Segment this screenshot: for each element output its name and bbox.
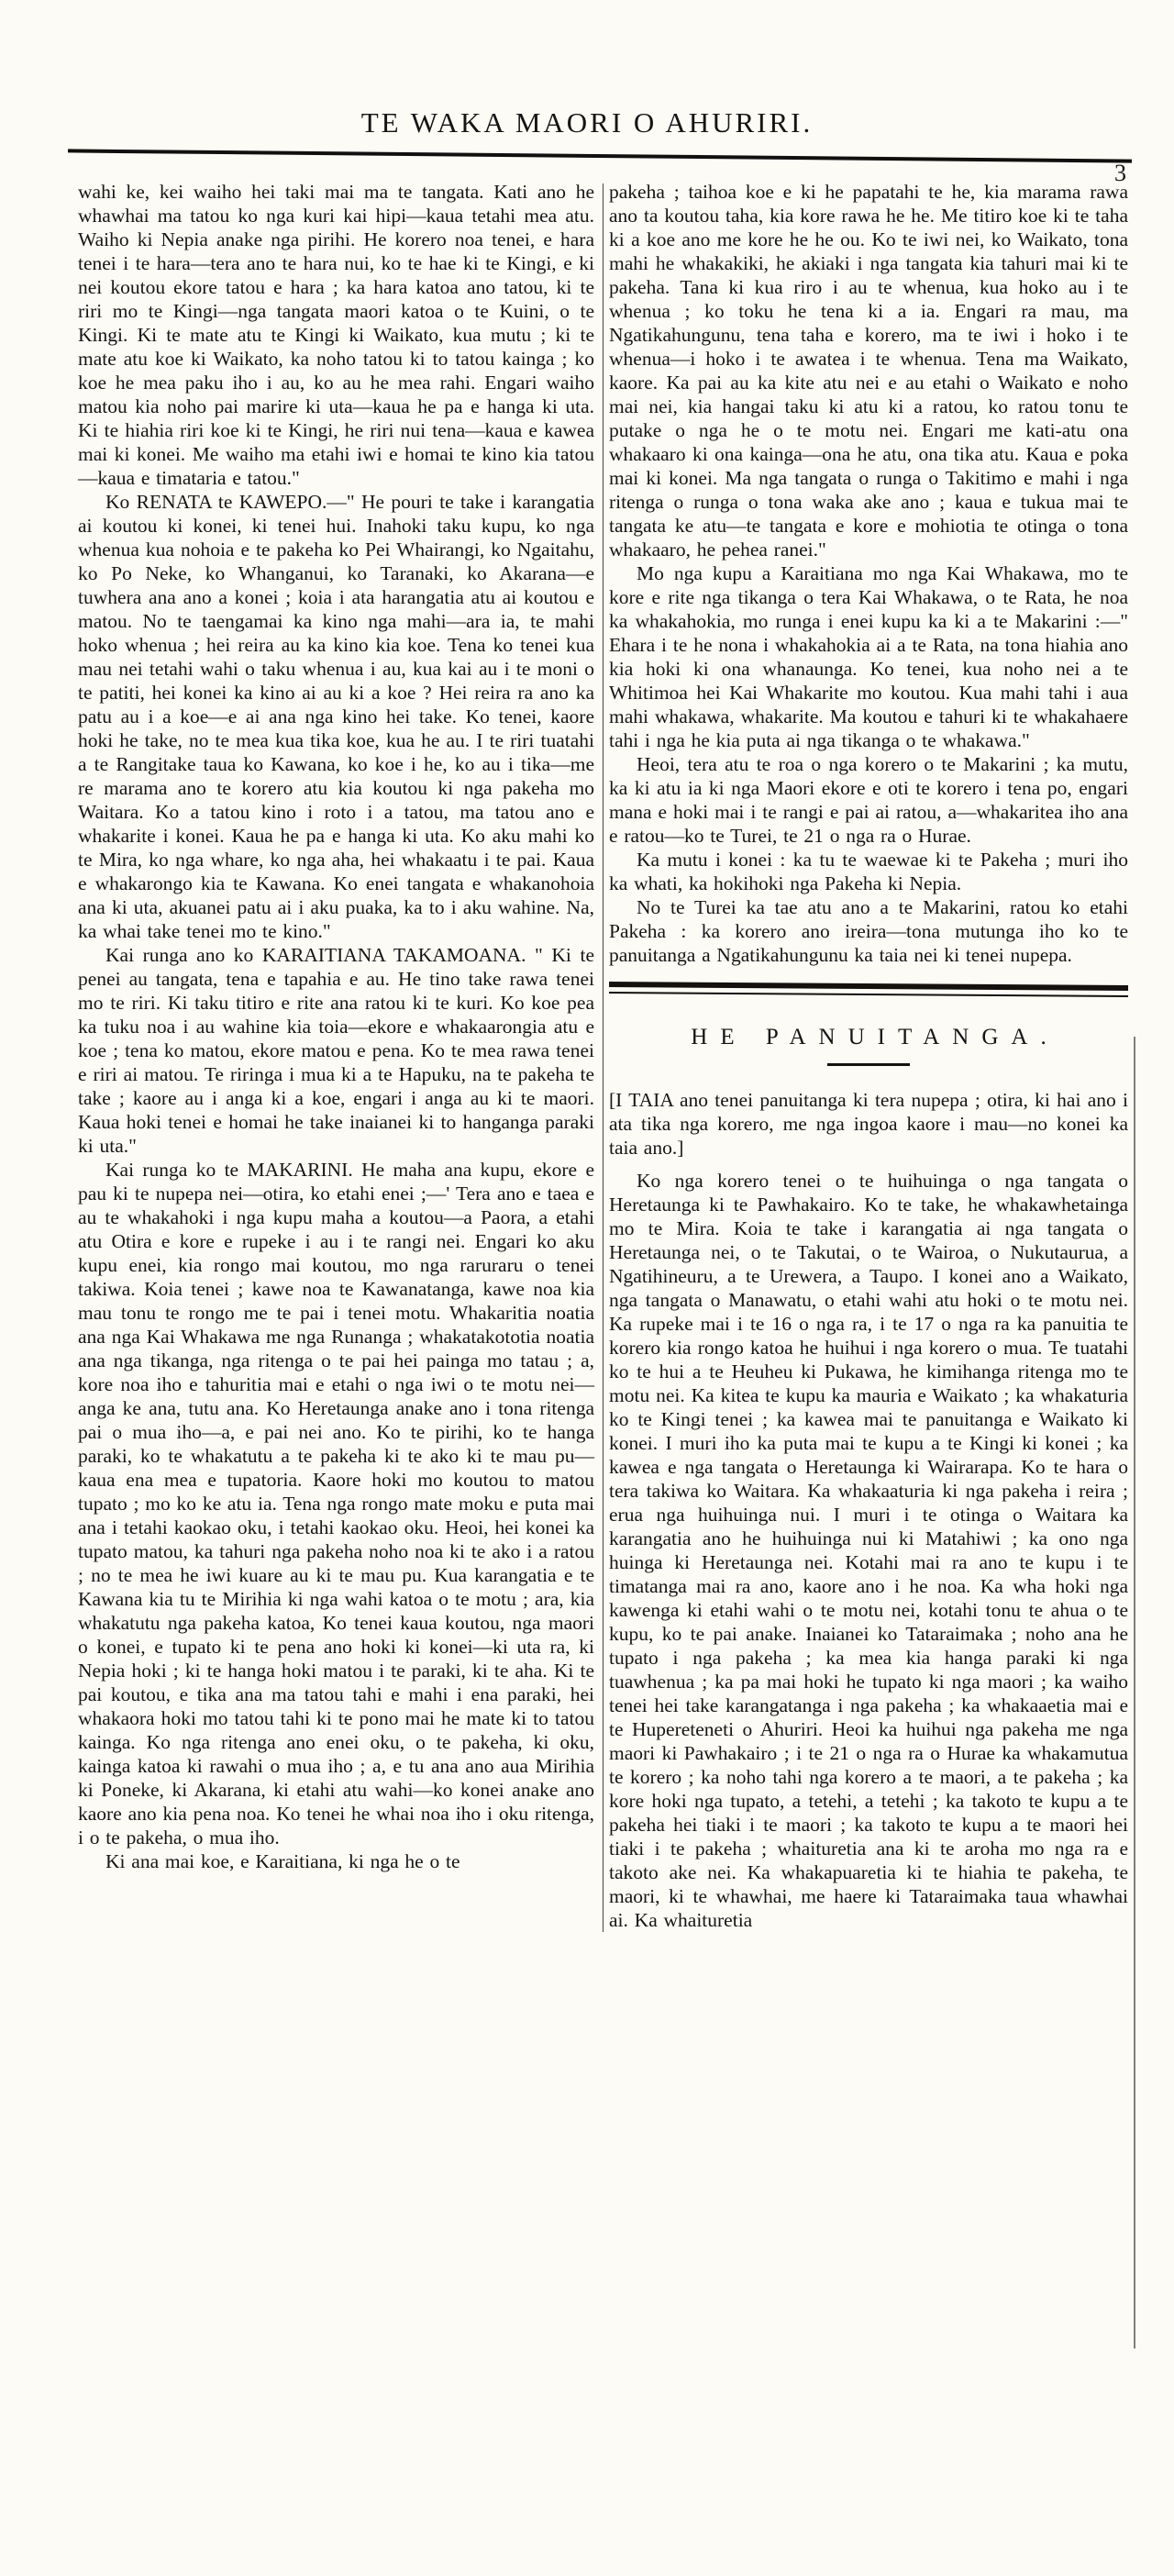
paragraph: Mo nga kupu a Karaitiana mo nga Kai Whak… bbox=[609, 561, 1128, 752]
bracketed-editorial-note: [I TAIA ano tenei panuitanga ki tera nup… bbox=[609, 1088, 1128, 1160]
section-divider-rule bbox=[609, 982, 1128, 997]
left-column: wahi ke, kei waiho hei taki mai ma te ta… bbox=[78, 180, 594, 1932]
paragraph: Ka mutu i konei : ka tu te waewae ki te … bbox=[609, 848, 1128, 895]
paragraph: No te Turei ka tae atu ano a te Makarini… bbox=[609, 895, 1128, 967]
page-header: TE WAKA MAORI O AHURIRI. 3 bbox=[0, 0, 1174, 158]
paragraph: Kai runga ano ko KARAITIANA TAKAMOANA. "… bbox=[78, 943, 594, 1158]
right-column: pakeha ; taihoa koe e ki he papatahi te … bbox=[609, 180, 1128, 1932]
article-columns: wahi ke, kei waiho hei taki mai ma te ta… bbox=[0, 158, 1174, 1932]
page-number: 3 bbox=[1114, 160, 1126, 187]
paragraph: Ko RENATA te KAWEPO.—" He pouri te take … bbox=[78, 490, 594, 943]
paragraph: Heoi, tera atu te roa o nga korero o te … bbox=[609, 752, 1128, 848]
paragraph: Ko nga korero tenei o te huihuinga o nga… bbox=[609, 1169, 1128, 1932]
column-divider-rule bbox=[603, 183, 604, 1932]
heading-underline-rule bbox=[827, 1063, 910, 1066]
paragraph: pakeha ; taihoa koe e ki he papatahi te … bbox=[609, 180, 1128, 561]
page-edge-rule bbox=[1134, 1037, 1135, 2348]
section-heading: HE PANUITANGA. bbox=[609, 1025, 1128, 1050]
masthead-title: TE WAKA MAORI O AHURIRI. bbox=[0, 0, 1174, 139]
paragraph: Kai runga ko te MAKARINI. He maha ana ku… bbox=[78, 1158, 594, 1849]
paragraph: wahi ke, kei waiho hei taki mai ma te ta… bbox=[78, 180, 594, 490]
newspaper-page: TE WAKA MAORI O AHURIRI. 3 wahi ke, kei … bbox=[0, 0, 1174, 2576]
paragraph: Ki ana mai koe, e Karaitiana, ki nga he … bbox=[78, 1849, 594, 1873]
